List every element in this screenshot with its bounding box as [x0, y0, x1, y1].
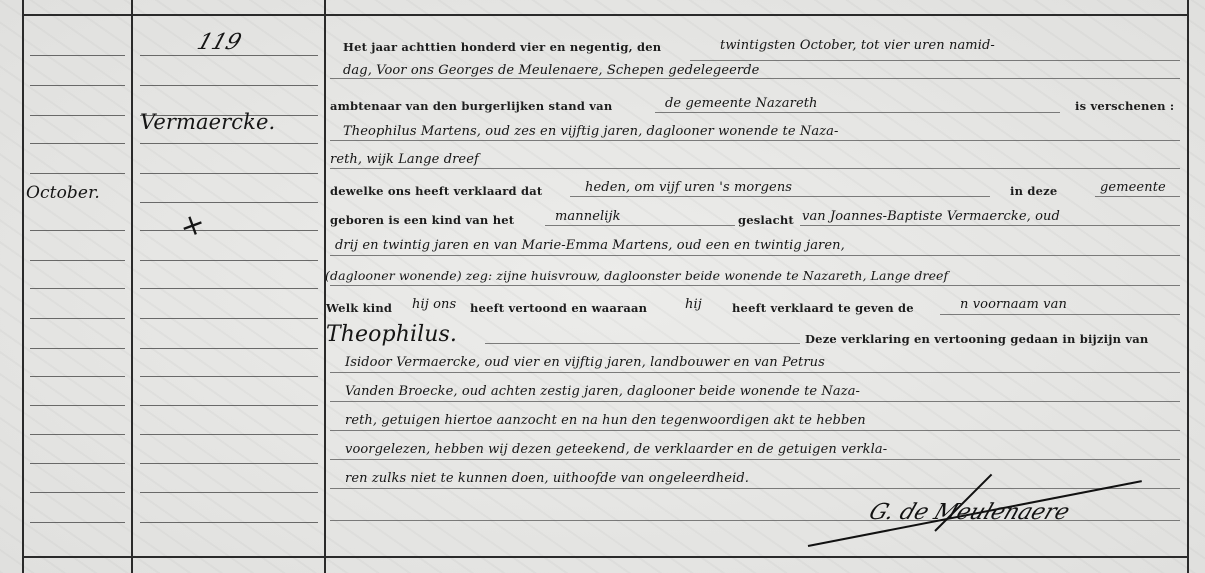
ruled-line: [690, 60, 1180, 61]
entry-municipality: de gemeente Nazareth: [665, 96, 818, 111]
ruled-line: [140, 463, 318, 464]
ruled-line: [330, 401, 1180, 402]
ruled-line: [545, 225, 735, 226]
ruled-line: [140, 288, 318, 289]
ruled-line: [330, 285, 1180, 286]
form-text-witnesses-intro: Deze verklaring en vertooning gedaan in …: [805, 332, 1148, 346]
ruled-line: [330, 78, 1180, 79]
entry-witness-statement: reth, getuigen hiertoe aanzocht en na hu…: [345, 413, 866, 428]
form-text-presented: heeft vertoond en waaraan: [470, 301, 647, 315]
ruled-line: [330, 255, 1180, 256]
frame-right-border: [1187, 0, 1189, 573]
ruled-line: [330, 459, 1180, 460]
ruled-line: [140, 202, 318, 203]
frame-text-left-border: [324, 0, 326, 573]
ruled-line: [140, 143, 318, 144]
civil-register-page: 119 Vermaercke. October. + Het jaar acht…: [0, 0, 1205, 573]
record-cross-mark: +: [175, 205, 211, 247]
entry-date-time: twintigsten October, tot vier uren namid…: [720, 38, 995, 53]
ruled-line: [140, 230, 318, 231]
entry-sex: mannelijk: [555, 209, 621, 224]
ruled-line: [30, 492, 125, 493]
entry-parents-occupation: (daglooner wonende) zeg: zijne huisvrouw…: [325, 268, 948, 283]
entry-presented-by: hij ons: [412, 297, 456, 312]
form-text-give-name: heeft verklaard te geven de: [732, 301, 914, 315]
ruled-line: [30, 288, 125, 289]
entry-mother: drij en twintig jaren en van Marie-Emma …: [335, 238, 845, 253]
ruled-line: [30, 376, 125, 377]
ruled-line: [140, 492, 318, 493]
ruled-line: [30, 348, 125, 349]
ruled-line: [30, 55, 125, 56]
entry-illiteracy-statement: ren zulks niet te kunnen doen, uithoofde…: [345, 471, 749, 486]
form-text-declared: dewelke ons heeft verklaard dat: [330, 184, 542, 198]
ruled-line: [940, 314, 1180, 315]
ruled-line: [140, 434, 318, 435]
form-text-sex: geslacht: [738, 213, 794, 227]
frame-column-divider: [131, 0, 133, 573]
ruled-line: [30, 522, 125, 523]
entry-officer: dag, Voor ons Georges de Meulenaere, Sch…: [343, 63, 759, 78]
ruled-line: [30, 318, 125, 319]
entry-bottom-border: [22, 556, 1189, 558]
ruled-line: [30, 434, 125, 435]
ruled-line: [30, 143, 125, 144]
entry-declarant-address: reth, wijk Lange dreef: [330, 152, 479, 167]
ruled-line: [30, 405, 125, 406]
ruled-line: [30, 230, 125, 231]
entry-child-name: Theophilus.: [326, 322, 457, 347]
ruled-line: [655, 112, 1060, 113]
ruled-line: [330, 488, 1180, 489]
form-text-year: Het jaar achttien honderd vier en negent…: [343, 40, 661, 54]
ruled-line: [140, 348, 318, 349]
ruled-line: [330, 168, 1180, 169]
entry-witness-2: Vanden Broecke, oud achten zestig jaren,…: [345, 384, 860, 399]
form-text-appeared: is verschenen :: [1075, 99, 1174, 113]
ruled-line: [30, 173, 125, 174]
record-surname: Vermaercke.: [140, 110, 275, 134]
form-text-child: Welk kind: [326, 301, 392, 315]
ruled-line: [330, 372, 1180, 373]
entry-birth-time: heden, om vijf uren 's morgens: [585, 180, 792, 195]
entry-named-by: hij: [685, 297, 702, 312]
record-month: October.: [26, 183, 100, 203]
frame-left-border: [22, 0, 24, 573]
record-number: 119: [194, 30, 244, 55]
ruled-line: [140, 405, 318, 406]
ruled-line: [140, 55, 318, 56]
ruled-line: [140, 260, 318, 261]
entry-father: van Joannes-Baptiste Vermaercke, oud: [802, 209, 1060, 224]
ruled-line: [330, 140, 1180, 141]
entry-top-border: [22, 14, 1189, 16]
ruled-line: [140, 522, 318, 523]
ruled-line: [140, 376, 318, 377]
entry-birth-place: gemeente: [1100, 180, 1166, 195]
form-text-in-this: in deze: [1010, 184, 1057, 198]
ruled-line: [570, 196, 990, 197]
ruled-line: [140, 318, 318, 319]
ruled-line: [330, 430, 1180, 431]
ruled-line: [30, 85, 125, 86]
ruled-line: [30, 463, 125, 464]
form-text-civil-status: ambtenaar van den burgerlijken stand van: [330, 99, 612, 113]
entry-witness-1: Isidoor Vermaercke, oud vier en vijftig …: [345, 355, 825, 370]
entry-declarant: Theophilus Martens, oud zes en vijftig j…: [343, 124, 838, 139]
ruled-line: [30, 260, 125, 261]
form-text-born: geboren is een kind van het: [330, 213, 514, 227]
ruled-line: [140, 173, 318, 174]
ruled-line: [485, 343, 800, 344]
ruled-line: [30, 115, 125, 116]
entry-reading-statement: voorgelezen, hebben wij dezen geteekend,…: [345, 442, 887, 457]
ruled-line: [800, 225, 1180, 226]
entry-name-suffix: n voornaam van: [960, 297, 1067, 312]
ruled-line: [1095, 196, 1180, 197]
ruled-line: [140, 85, 318, 86]
